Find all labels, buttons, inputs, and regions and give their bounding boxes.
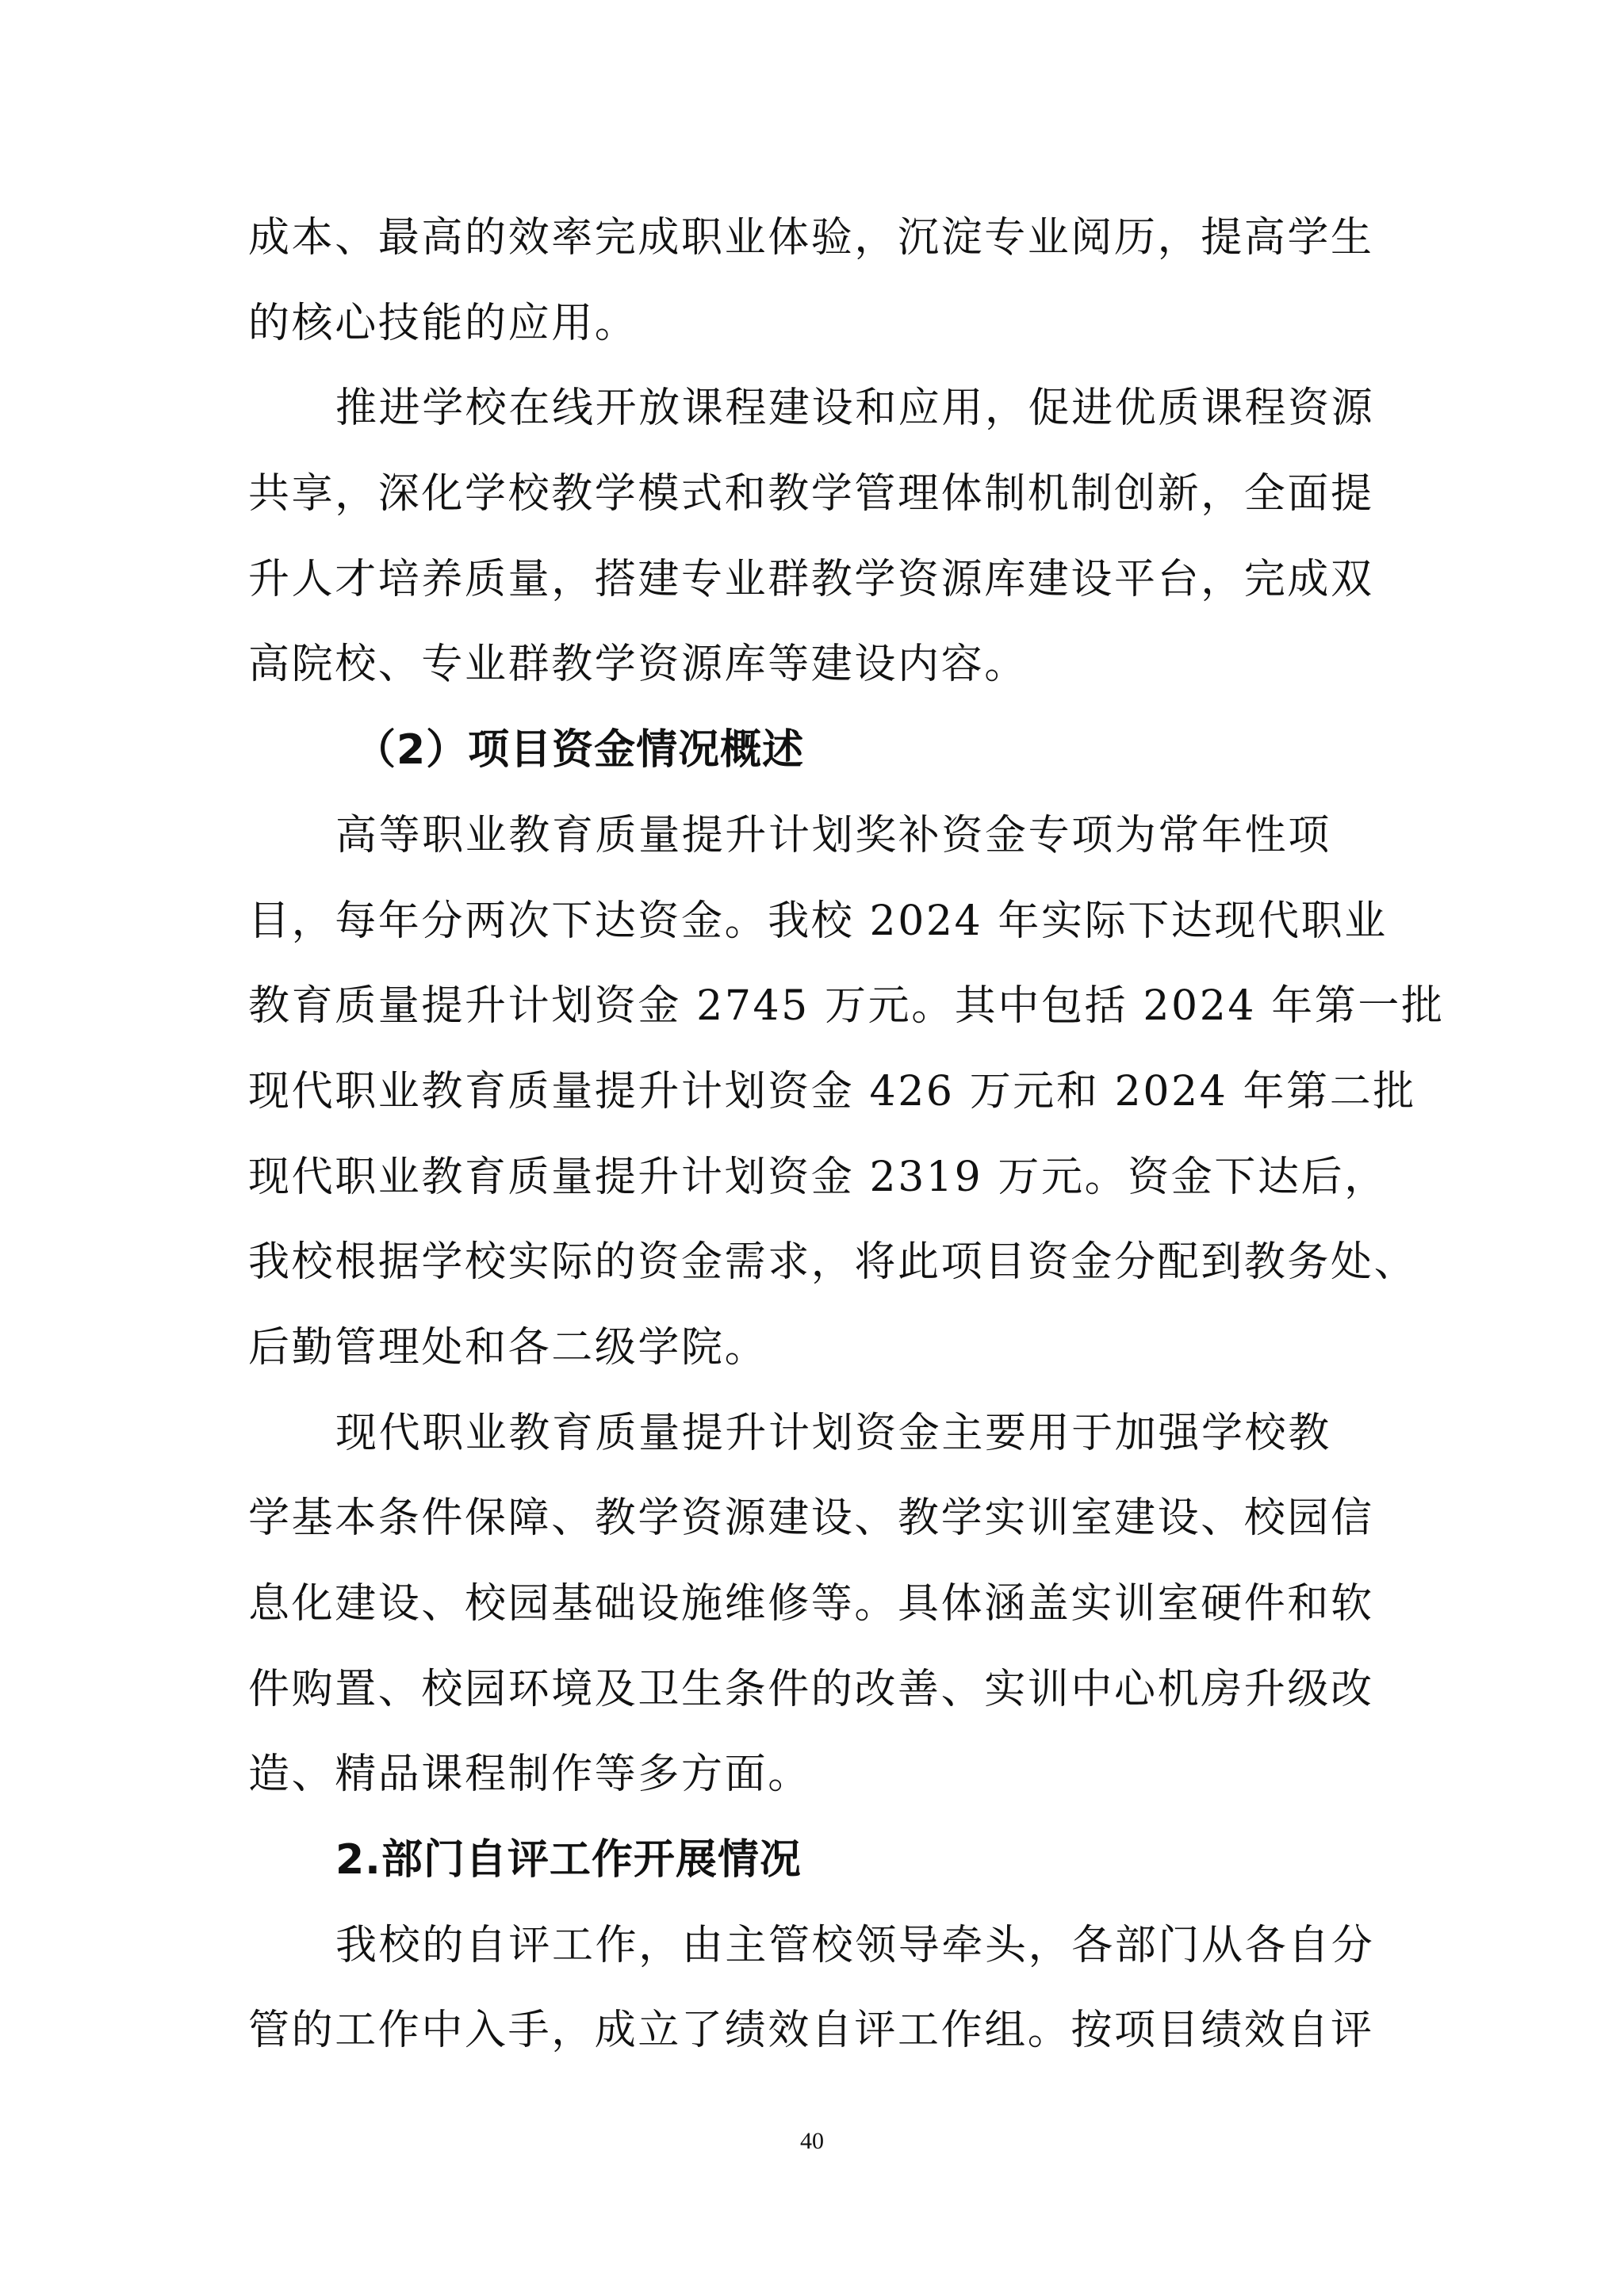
text-line: 造、精品课程制作等多方面。 (248, 1732, 1390, 1818)
paragraph-continuation: 成本、最高的效率完成职业体验，沉淀专业阅历，提高学生 的核心技能的应用。 (248, 196, 1390, 366)
paragraph-funding-usage: 现代职业教育质量提升计划资金主要用于加强学校教 学基本条件保障、教学资源建设、教… (248, 1391, 1390, 1818)
text-line: 件购置、校园环境及卫生条件的改善、实训中心机房升级改 (248, 1647, 1390, 1733)
text-line: 现代职业教育质量提升计划资金 2319 万元。资金下达后， (248, 1135, 1390, 1221)
text-line: 高院校、专业群教学资源库等建设内容。 (248, 622, 1390, 708)
text-line: 学基本条件保障、教学资源建设、教学实训室建设、校园信 (248, 1476, 1390, 1562)
text-line: 现代职业教育质量提升计划资金主要用于加强学校教 (248, 1391, 1390, 1477)
section-heading-self-evaluation: 2.部门自评工作开展情况 (248, 1818, 1390, 1904)
text-line: 教育质量提升计划资金 2745 万元。其中包括 2024 年第一批 (248, 964, 1390, 1050)
paragraph-funding-details: 高等职业教育质量提升计划奖补资金专项为常年性项 目，每年分两次下达资金。我校 2… (248, 794, 1390, 1391)
text-line: 成本、最高的效率完成职业体验，沉淀专业阅历，提高学生 (248, 196, 1390, 281)
text-line: 目，每年分两次下达资金。我校 2024 年实际下达现代职业 (248, 879, 1390, 965)
text-line: 后勤管理处和各二级学院。 (248, 1306, 1390, 1391)
text-line: 高等职业教育质量提升计划奖补资金专项为常年性项 (248, 794, 1390, 879)
section-heading-funding-overview: （2）项目资金情况概述 (248, 708, 1390, 794)
text-line: 息化建设、校园基础设施维修等。具体涵盖实训室硬件和软 (248, 1562, 1390, 1647)
paragraph-online-courses: 推进学校在线开放课程建设和应用，促进优质课程资源 共享，深化学校教学模式和教学管… (248, 366, 1390, 708)
text-line: 我校的自评工作，由主管校领导牵头，各部门从各自分 (248, 1904, 1390, 1989)
text-line: 共享，深化学校教学模式和教学管理体制机制创新，全面提 (248, 452, 1390, 538)
text-line: 升人才培养质量，搭建专业群教学资源库建设平台，完成双 (248, 538, 1390, 623)
text-line: 推进学校在线开放课程建设和应用，促进优质课程资源 (248, 366, 1390, 452)
text-line: 现代职业教育质量提升计划资金 426 万元和 2024 年第二批 (248, 1050, 1390, 1135)
text-line: 管的工作中入手，成立了绩效自评工作组。按项目绩效自评 (248, 1988, 1390, 2074)
page-number: 40 (0, 2128, 1624, 2155)
document-page: 成本、最高的效率完成职业体验，沉淀专业阅历，提高学生 的核心技能的应用。 推进学… (248, 196, 1390, 2074)
text-line: 我校根据学校实际的资金需求，将此项目资金分配到教务处、 (248, 1220, 1390, 1306)
paragraph-self-evaluation: 我校的自评工作，由主管校领导牵头，各部门从各自分 管的工作中入手，成立了绩效自评… (248, 1904, 1390, 2074)
text-line: 的核心技能的应用。 (248, 281, 1390, 367)
